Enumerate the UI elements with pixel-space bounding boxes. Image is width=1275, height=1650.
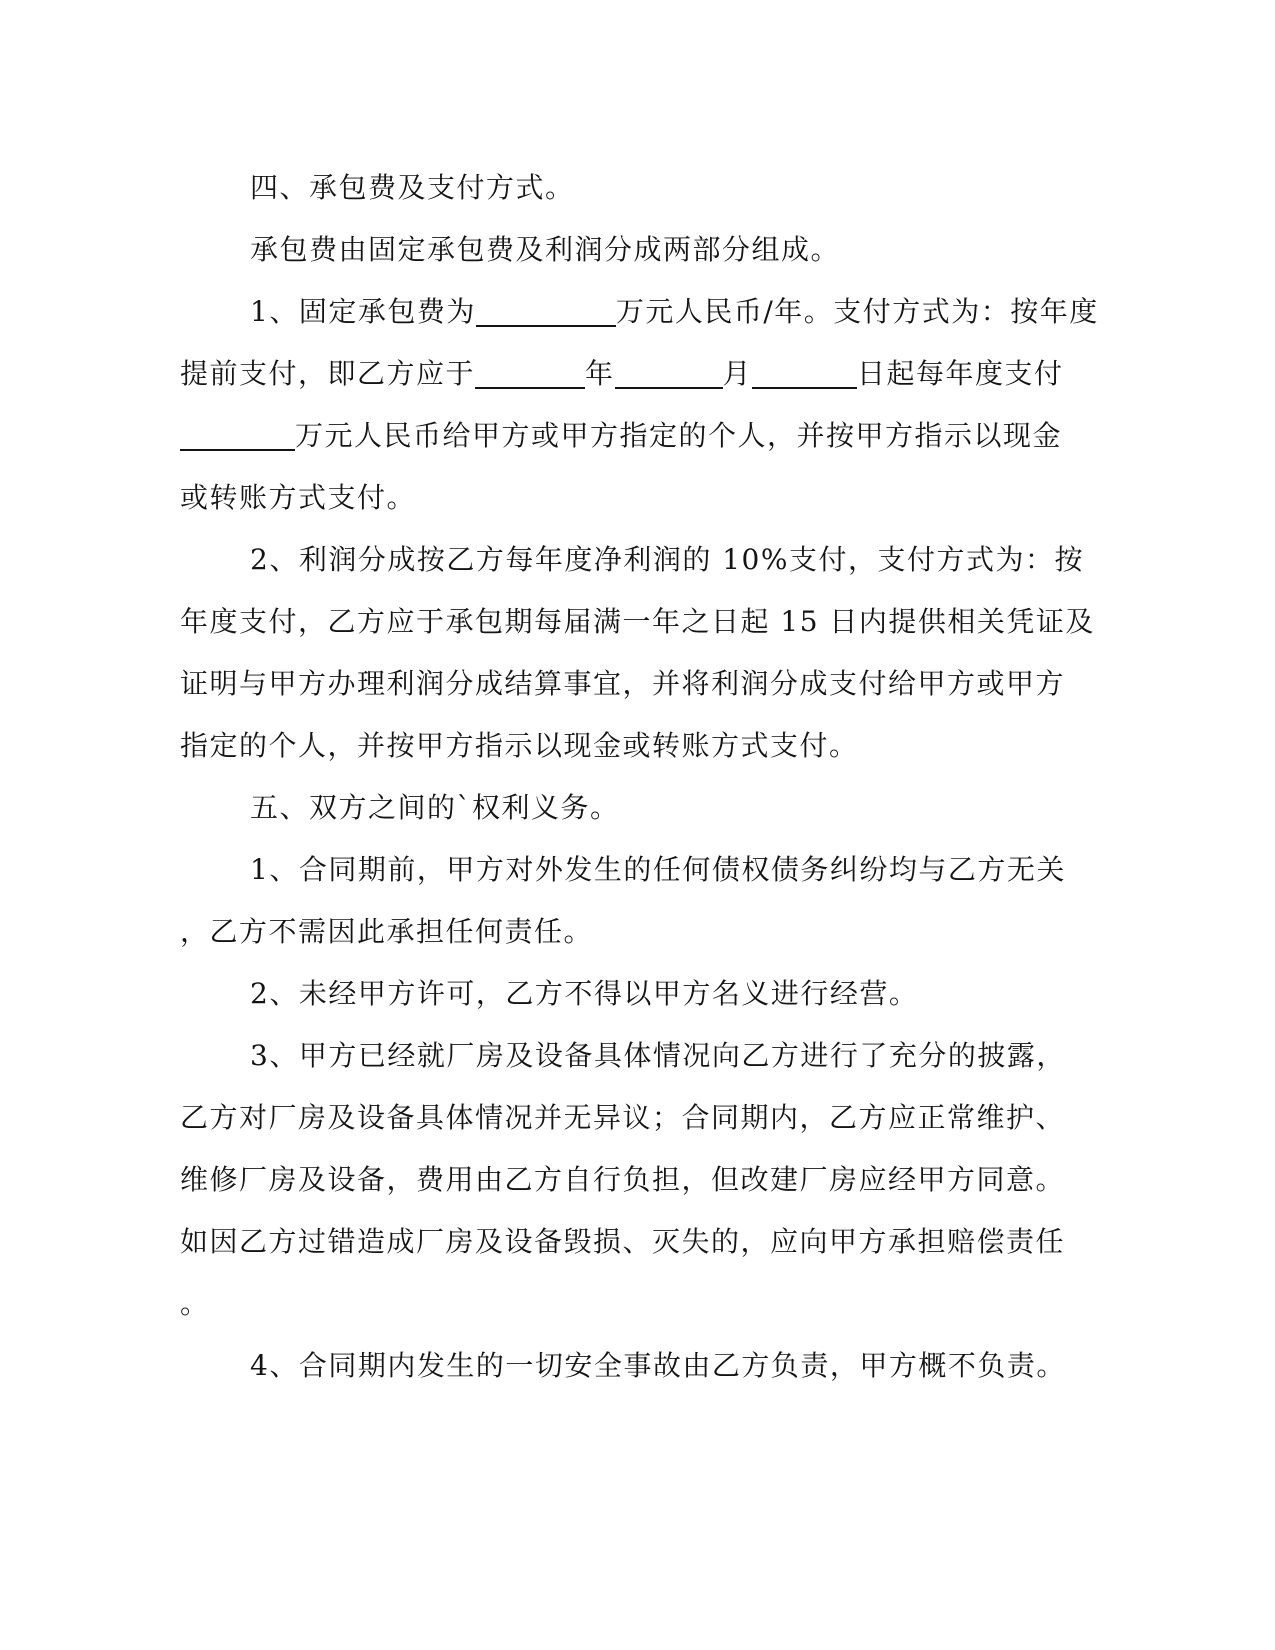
text-line: 。 (180, 1273, 1080, 1335)
text-segment: 2、利润分成按乙方每年度净利润的 10%支付，支付方式为：按 (250, 543, 1084, 576)
text-line: 1、合同期前，甲方对外发生的任何债权债务纠纷均与乙方无关 (180, 839, 1080, 901)
text-segment: 月 (723, 357, 753, 390)
text-line: 3、甲方已经就厂房及设备具体情况向乙方进行了充分的披露， (180, 1025, 1080, 1087)
text-segment: 证明与甲方办理利润分成结算事宜，并将利润分成支付给甲方或甲方 (180, 667, 1065, 700)
fill-in-blank (475, 387, 585, 389)
text-line: 1、固定承包费为万元人民币/年。支付方式为：按年度 (180, 281, 1080, 343)
text-segment: 。 (180, 1287, 210, 1320)
text-line: 承包费由固定承包费及利润分成两部分组成。 (180, 219, 1080, 281)
text-line: 2、利润分成按乙方每年度净利润的 10%支付，支付方式为：按 (180, 529, 1080, 591)
fill-in-blank (752, 387, 857, 389)
text-line: 提前支付，即乙方应于年月日起每年度支付 (180, 343, 1080, 405)
fill-in-blank (615, 387, 723, 389)
text-segment: 乙方对厂房及设备具体情况并无异议；合同期内，乙方应正常维护、 (180, 1101, 1065, 1134)
text-line: 4、合同期内发生的一切安全事故由乙方负责，甲方概不负责。 (180, 1335, 1080, 1397)
text-segment: 年度支付，乙方应于承包期每届满一年之日起 15 日内提供相关凭证及 (180, 605, 1095, 638)
text-segment: 维修厂房及设备，费用由乙方自行负担，但改建厂房应经甲方同意。 (180, 1163, 1065, 1196)
text-line: 指定的个人，并按甲方指示以现金或转账方式支付。 (180, 715, 1080, 777)
text-segment: ，乙方不需因此承担任何责任。 (180, 915, 593, 948)
document-page: 四、承包费及支付方式。承包费由固定承包费及利润分成两部分组成。1、固定承包费为万… (0, 0, 1275, 1650)
text-segment: 或转账方式支付。 (180, 481, 416, 514)
text-line: 证明与甲方办理利润分成结算事宜，并将利润分成支付给甲方或甲方 (180, 653, 1080, 715)
text-line: 年度支付，乙方应于承包期每届满一年之日起 15 日内提供相关凭证及 (180, 591, 1080, 653)
document-body: 四、承包费及支付方式。承包费由固定承包费及利润分成两部分组成。1、固定承包费为万… (180, 157, 1080, 1397)
text-line: 四、承包费及支付方式。 (180, 157, 1080, 219)
text-segment: 1、合同期前，甲方对外发生的任何债权债务纠纷均与乙方无关 (250, 853, 1066, 886)
text-line: 如因乙方过错造成厂房及设备毁损、灭失的，应向甲方承担赔偿责任 (180, 1211, 1080, 1273)
text-segment: 年 (585, 357, 615, 390)
fill-in-blank (476, 325, 616, 327)
text-segment: 日起每年度支付 (857, 357, 1064, 390)
text-line: 五、双方之间的`权利义务。 (180, 777, 1080, 839)
text-segment: 3、甲方已经就厂房及设备具体情况向乙方进行了充分的披露， (250, 1039, 1066, 1072)
text-line: ，乙方不需因此承担任何责任。 (180, 901, 1080, 963)
text-segment: 指定的个人，并按甲方指示以现金或转账方式支付。 (180, 729, 859, 762)
text-segment: 1、固定承包费为 (250, 295, 476, 328)
text-segment: 提前支付，即乙方应于 (180, 357, 475, 390)
text-line: 维修厂房及设备，费用由乙方自行负担，但改建厂房应经甲方同意。 (180, 1149, 1080, 1211)
text-segment: 万元人民币给甲方或甲方指定的个人，并按甲方指示以现金 (295, 419, 1062, 452)
text-line: 乙方对厂房及设备具体情况并无异议；合同期内，乙方应正常维护、 (180, 1087, 1080, 1149)
text-segment: 四、承包费及支付方式。 (250, 171, 575, 204)
text-segment: 如因乙方过错造成厂房及设备毁损、灭失的，应向甲方承担赔偿责任 (180, 1225, 1065, 1258)
text-line: 2、未经甲方许可，乙方不得以甲方名义进行经营。 (180, 963, 1080, 1025)
text-segment: 五、双方之间的`权利义务。 (250, 791, 620, 824)
text-line: 或转账方式支付。 (180, 467, 1080, 529)
text-segment: 4、合同期内发生的一切安全事故由乙方负责，甲方概不负责。 (250, 1349, 1066, 1382)
text-segment: 万元人民币/年。支付方式为：按年度 (616, 295, 1099, 328)
text-segment: 2、未经甲方许可，乙方不得以甲方名义进行经营。 (250, 977, 918, 1010)
text-line: 万元人民币给甲方或甲方指定的个人，并按甲方指示以现金 (180, 405, 1080, 467)
fill-in-blank (180, 449, 295, 451)
text-segment: 承包费由固定承包费及利润分成两部分组成。 (250, 233, 840, 266)
